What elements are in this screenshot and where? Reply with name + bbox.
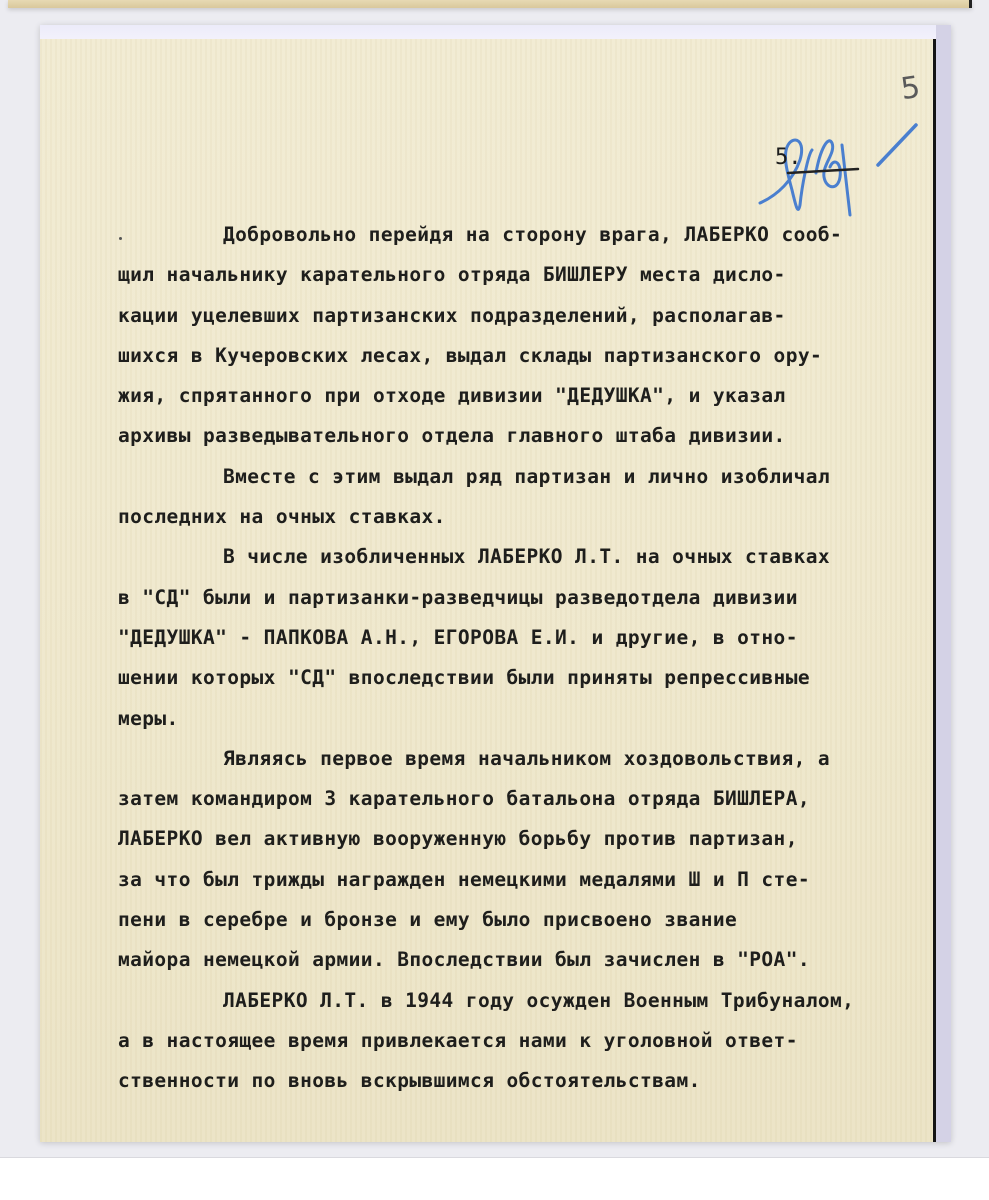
document-page: 5 5. Добровольно перейдя на сторону враг… — [40, 25, 951, 1142]
text-line: ственности по вновь вскрывшимся обстояте… — [118, 1061, 948, 1101]
previous-page-edge[interactable] — [8, 0, 972, 8]
page-top-strip — [40, 25, 951, 39]
text-line: а в настоящее время привлекается нами к … — [118, 1021, 948, 1061]
text-line: "ДЕДУШКА" - ПАПКОВА А.Н., ЕГОРОВА Е.И. и… — [118, 618, 948, 658]
text-line: Добровольно перейдя на сторону врага, ЛА… — [118, 215, 948, 255]
text-line: шении которых "СД" впоследствии были при… — [118, 658, 948, 698]
text-line: ЛАБЕРКО Л.Т. в 1944 году осужден Военным… — [118, 981, 948, 1021]
text-line: пени в серебре и бронзе и ему было присв… — [118, 900, 948, 940]
text-line: В числе изобличенных ЛАБЕРКО Л.Т. на очн… — [118, 537, 948, 577]
text-line: в "СД" были и партизанки-разведчицы разв… — [118, 578, 948, 618]
text-line: кации уцелевших партизанских подразделен… — [118, 296, 948, 336]
text-line: жия, спрятанного при отходе дивизии "ДЕД… — [118, 376, 948, 416]
text-line: затем командиром 3 карательного батальон… — [118, 779, 948, 819]
text-line: за что был трижды награжден немецкими ме… — [118, 860, 948, 900]
text-line: меры. — [118, 699, 948, 739]
text-line: ЛАБЕРКО вел активную вооруженную борьбу … — [118, 819, 948, 859]
text-line: шихся в Кучеровских лесах, выдал склады … — [118, 336, 948, 376]
document-viewer[interactable]: 5 5. Добровольно перейдя на сторону враг… — [0, 0, 989, 1158]
typed-page-number: 5. — [775, 145, 802, 170]
text-line: щил начальнику карательного отряда БИШЛЕ… — [118, 255, 948, 295]
text-line: архивы разведывательного отдела главного… — [118, 416, 948, 456]
text-line: Вместе с этим выдал ряд партизан и лично… — [118, 457, 948, 497]
typewritten-body: Добровольно перейдя на сторону врага, ЛА… — [118, 215, 948, 1102]
text-line: майора немецкой армии. Впоследствии был … — [118, 940, 948, 980]
handwritten-ink-mark-icon — [758, 115, 918, 225]
text-line: Являясь первое время начальником хоздово… — [118, 739, 948, 779]
text-line: последних на очных ставках. — [118, 497, 948, 537]
